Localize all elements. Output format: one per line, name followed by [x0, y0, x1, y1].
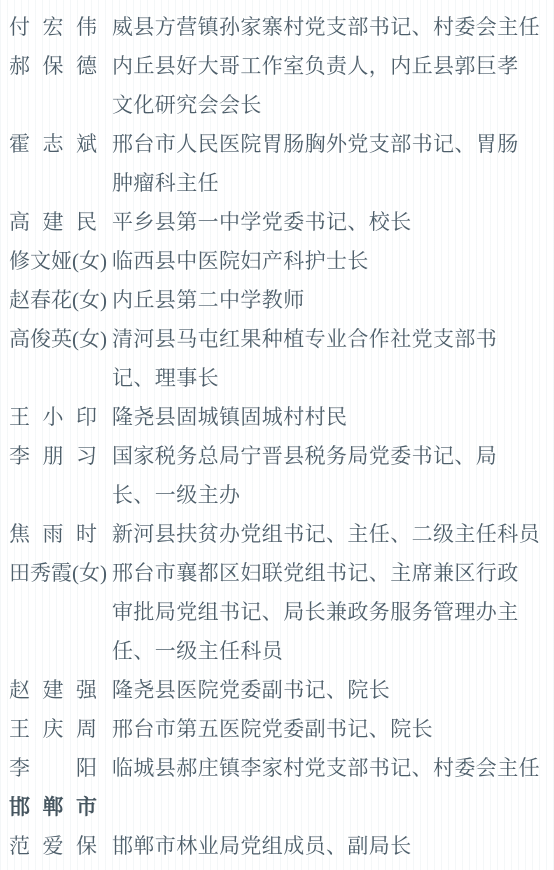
entry-name: 郝保德: [9, 47, 112, 86]
gender-suffix: (女): [72, 320, 107, 359]
entry-row: 王小印隆尧县固城镇固城村村民: [9, 398, 548, 437]
entry-name-char: 朋: [43, 437, 64, 476]
entry-name-char: 焦: [9, 515, 30, 554]
entry-name-char: 印: [76, 398, 97, 437]
entry-name-char: 小: [43, 398, 64, 437]
entry-row: 赵建强隆尧县医院党委副书记、院长: [9, 671, 548, 710]
entry-row: 范爱保邯郸市林业局党组成员、副局长: [9, 827, 548, 866]
entry-name: 赵春花(女): [9, 281, 112, 320]
entry-name: 赵建强: [9, 671, 112, 710]
entry-name-text: 修文娅: [9, 242, 72, 281]
entry-name-char: 赵: [9, 671, 30, 710]
entry-description: 邢台市人民医院胃肠胸外党支部书记、胃肠 肿瘤科主任: [112, 125, 548, 203]
entry-name-char: 王: [9, 710, 30, 749]
entry-row: 霍志斌邢台市人民医院胃肠胸外党支部书记、胃肠 肿瘤科主任: [9, 125, 548, 203]
entry-description: 临城县郝庄镇李家村党支部书记、村委会主任: [112, 749, 548, 788]
entry-name: 王庆周: [9, 710, 112, 749]
entry-name-char: 英: [51, 320, 72, 359]
entry-name-char: 志: [43, 125, 64, 164]
entry-description: 邢台市襄都区妇联党组书记、主席兼区行政 审批局党组书记、局长兼政务服务管理办主 …: [112, 554, 548, 671]
entry-name-text: 郝保德: [9, 47, 97, 86]
section-title-char: 邯: [9, 788, 30, 827]
entry-row: 郝保德内丘县好大哥工作室负责人，内丘县郭巨孝 文化研究会会长: [9, 47, 548, 125]
entry-row: 李阳临城县郝庄镇李家村党支部书记、村委会主任: [9, 749, 548, 788]
entry-name: 高建民: [9, 203, 112, 242]
entry-name-text: 霍志斌: [9, 125, 97, 164]
gender-suffix: (女): [72, 281, 107, 320]
entry-name-char: 高: [9, 320, 30, 359]
entry-name-char: 付: [9, 8, 30, 47]
entry-description: 清河县马屯红果种植专业合作社党支部书 记、理事长: [112, 320, 548, 398]
entry-row: 高建民平乡县第一中学党委书记、校长: [9, 203, 548, 242]
entry-row: 李朋习国家税务总局宁晋县税务局党委书记、局 长、一级主办: [9, 437, 548, 515]
entry-name-char: 修: [9, 242, 30, 281]
entry-name-text: 高俊英: [9, 320, 72, 359]
entry-name-char: 文: [30, 242, 51, 281]
entry-name-char: 田: [9, 554, 30, 593]
entry-description: 内丘县好大哥工作室负责人，内丘县郭巨孝 文化研究会会长: [112, 47, 548, 125]
entry-name: 范爱保: [9, 827, 112, 866]
entry-description: 内丘县第二中学教师: [112, 281, 548, 320]
entry-row: 田秀霞(女)邢台市襄都区妇联党组书记、主席兼区行政 审批局党组书记、局长兼政务服…: [9, 554, 548, 671]
honor-roll-document: 付宏伟威县方营镇孙家寨村党支部书记、村委会主任郝保德内丘县好大哥工作室负责人，内…: [0, 0, 554, 866]
entry-row: 高俊英(女)清河县马屯红果种植专业合作社党支部书 记、理事长: [9, 320, 548, 398]
entry-description: 威县方营镇孙家寨村党支部书记、村委会主任: [112, 8, 548, 47]
section-title-char: 市: [76, 788, 97, 827]
entry-name-char: 赵: [9, 281, 30, 320]
entry-name-char: 霍: [9, 125, 30, 164]
entry-name-char: 李: [9, 437, 30, 476]
section-title: 邯郸市: [9, 788, 97, 827]
entry-name-char: 周: [76, 710, 97, 749]
entry-name-text: 李朋习: [9, 437, 97, 476]
entry-name-char: 范: [9, 827, 30, 866]
entry-name-char: 伟: [76, 8, 97, 47]
entry-name-char: 郝: [9, 47, 30, 86]
entry-name-char: 阳: [76, 749, 97, 788]
entry-name-char: 宏: [43, 8, 64, 47]
entry-name-text: 赵春花: [9, 281, 72, 320]
entry-name-char: 保: [43, 47, 64, 86]
entry-name-char: 春: [30, 281, 51, 320]
entry-name-char: 俊: [30, 320, 51, 359]
entry-name-char: 斌: [76, 125, 97, 164]
entry-name-text: 李阳: [9, 749, 97, 788]
entry-description: 平乡县第一中学党委书记、校长: [112, 203, 548, 242]
entry-name-char: 秀: [30, 554, 51, 593]
entry-name-text: 付宏伟: [9, 8, 97, 47]
entry-name-char: 李: [9, 749, 30, 788]
entry-description: 隆尧县医院党委副书记、院长: [112, 671, 548, 710]
entry-row: 修文娅(女)临西县中医院妇产科护士长: [9, 242, 548, 281]
entry-name-char: 习: [76, 437, 97, 476]
entry-name-text: 范爱保: [9, 827, 97, 866]
entry-name-char: 建: [43, 671, 64, 710]
entry-name-char: 强: [76, 671, 97, 710]
entry-name: 付宏伟: [9, 8, 112, 47]
gender-suffix: (女): [72, 554, 107, 593]
entry-description: 邯郸市林业局党组成员、副局长: [112, 827, 548, 866]
entry-name-text: 赵建强: [9, 671, 97, 710]
entry-name-char: 花: [51, 281, 72, 320]
entry-row: 焦雨时新河县扶贫办党组书记、主任、二级主任科员: [9, 515, 548, 554]
entry-name-char: 建: [43, 203, 64, 242]
entry-name: 田秀霞(女): [9, 554, 112, 593]
entry-row: 赵春花(女)内丘县第二中学教师: [9, 281, 548, 320]
entry-description: 邢台市第五医院党委副书记、院长: [112, 710, 548, 749]
entry-name-text: 高建民: [9, 203, 97, 242]
entry-description: 隆尧县固城镇固城村村民: [112, 398, 548, 437]
entry-name: 李阳: [9, 749, 112, 788]
entry-name: 李朋习: [9, 437, 112, 476]
entry-description: 临西县中医院妇产科护士长: [112, 242, 548, 281]
entry-name-char: 德: [76, 47, 97, 86]
gender-suffix: (女): [72, 242, 107, 281]
entry-name-char: 爱: [43, 827, 64, 866]
entry-name-text: 焦雨时: [9, 515, 97, 554]
entry-description: 新河县扶贫办党组书记、主任、二级主任科员: [112, 515, 548, 554]
entry-name: 修文娅(女): [9, 242, 112, 281]
entry-name-char: 雨: [43, 515, 64, 554]
section-header: 邯郸市: [9, 788, 548, 827]
name-list: 付宏伟威县方营镇孙家寨村党支部书记、村委会主任郝保德内丘县好大哥工作室负责人，内…: [9, 8, 548, 866]
entry-name-char: 庆: [43, 710, 64, 749]
entry-name-text: 王庆周: [9, 710, 97, 749]
entry-name: 王小印: [9, 398, 112, 437]
entry-name-text: 田秀霞: [9, 554, 72, 593]
section-title-char: 郸: [43, 788, 64, 827]
entry-name-char: 民: [76, 203, 97, 242]
entry-name-char: 保: [76, 827, 97, 866]
entry-name-char: 高: [9, 203, 30, 242]
entry-name: 霍志斌: [9, 125, 112, 164]
entry-name: 高俊英(女): [9, 320, 112, 359]
entry-name-char: 霞: [51, 554, 72, 593]
entry-name-char: 时: [76, 515, 97, 554]
entry-row: 付宏伟威县方营镇孙家寨村党支部书记、村委会主任: [9, 8, 548, 47]
entry-name-char: 娅: [51, 242, 72, 281]
entry-name: 焦雨时: [9, 515, 112, 554]
entry-name-char: 王: [9, 398, 30, 437]
entry-row: 王庆周邢台市第五医院党委副书记、院长: [9, 710, 548, 749]
entry-description: 国家税务总局宁晋县税务局党委书记、局 长、一级主办: [112, 437, 548, 515]
entry-name-text: 王小印: [9, 398, 97, 437]
